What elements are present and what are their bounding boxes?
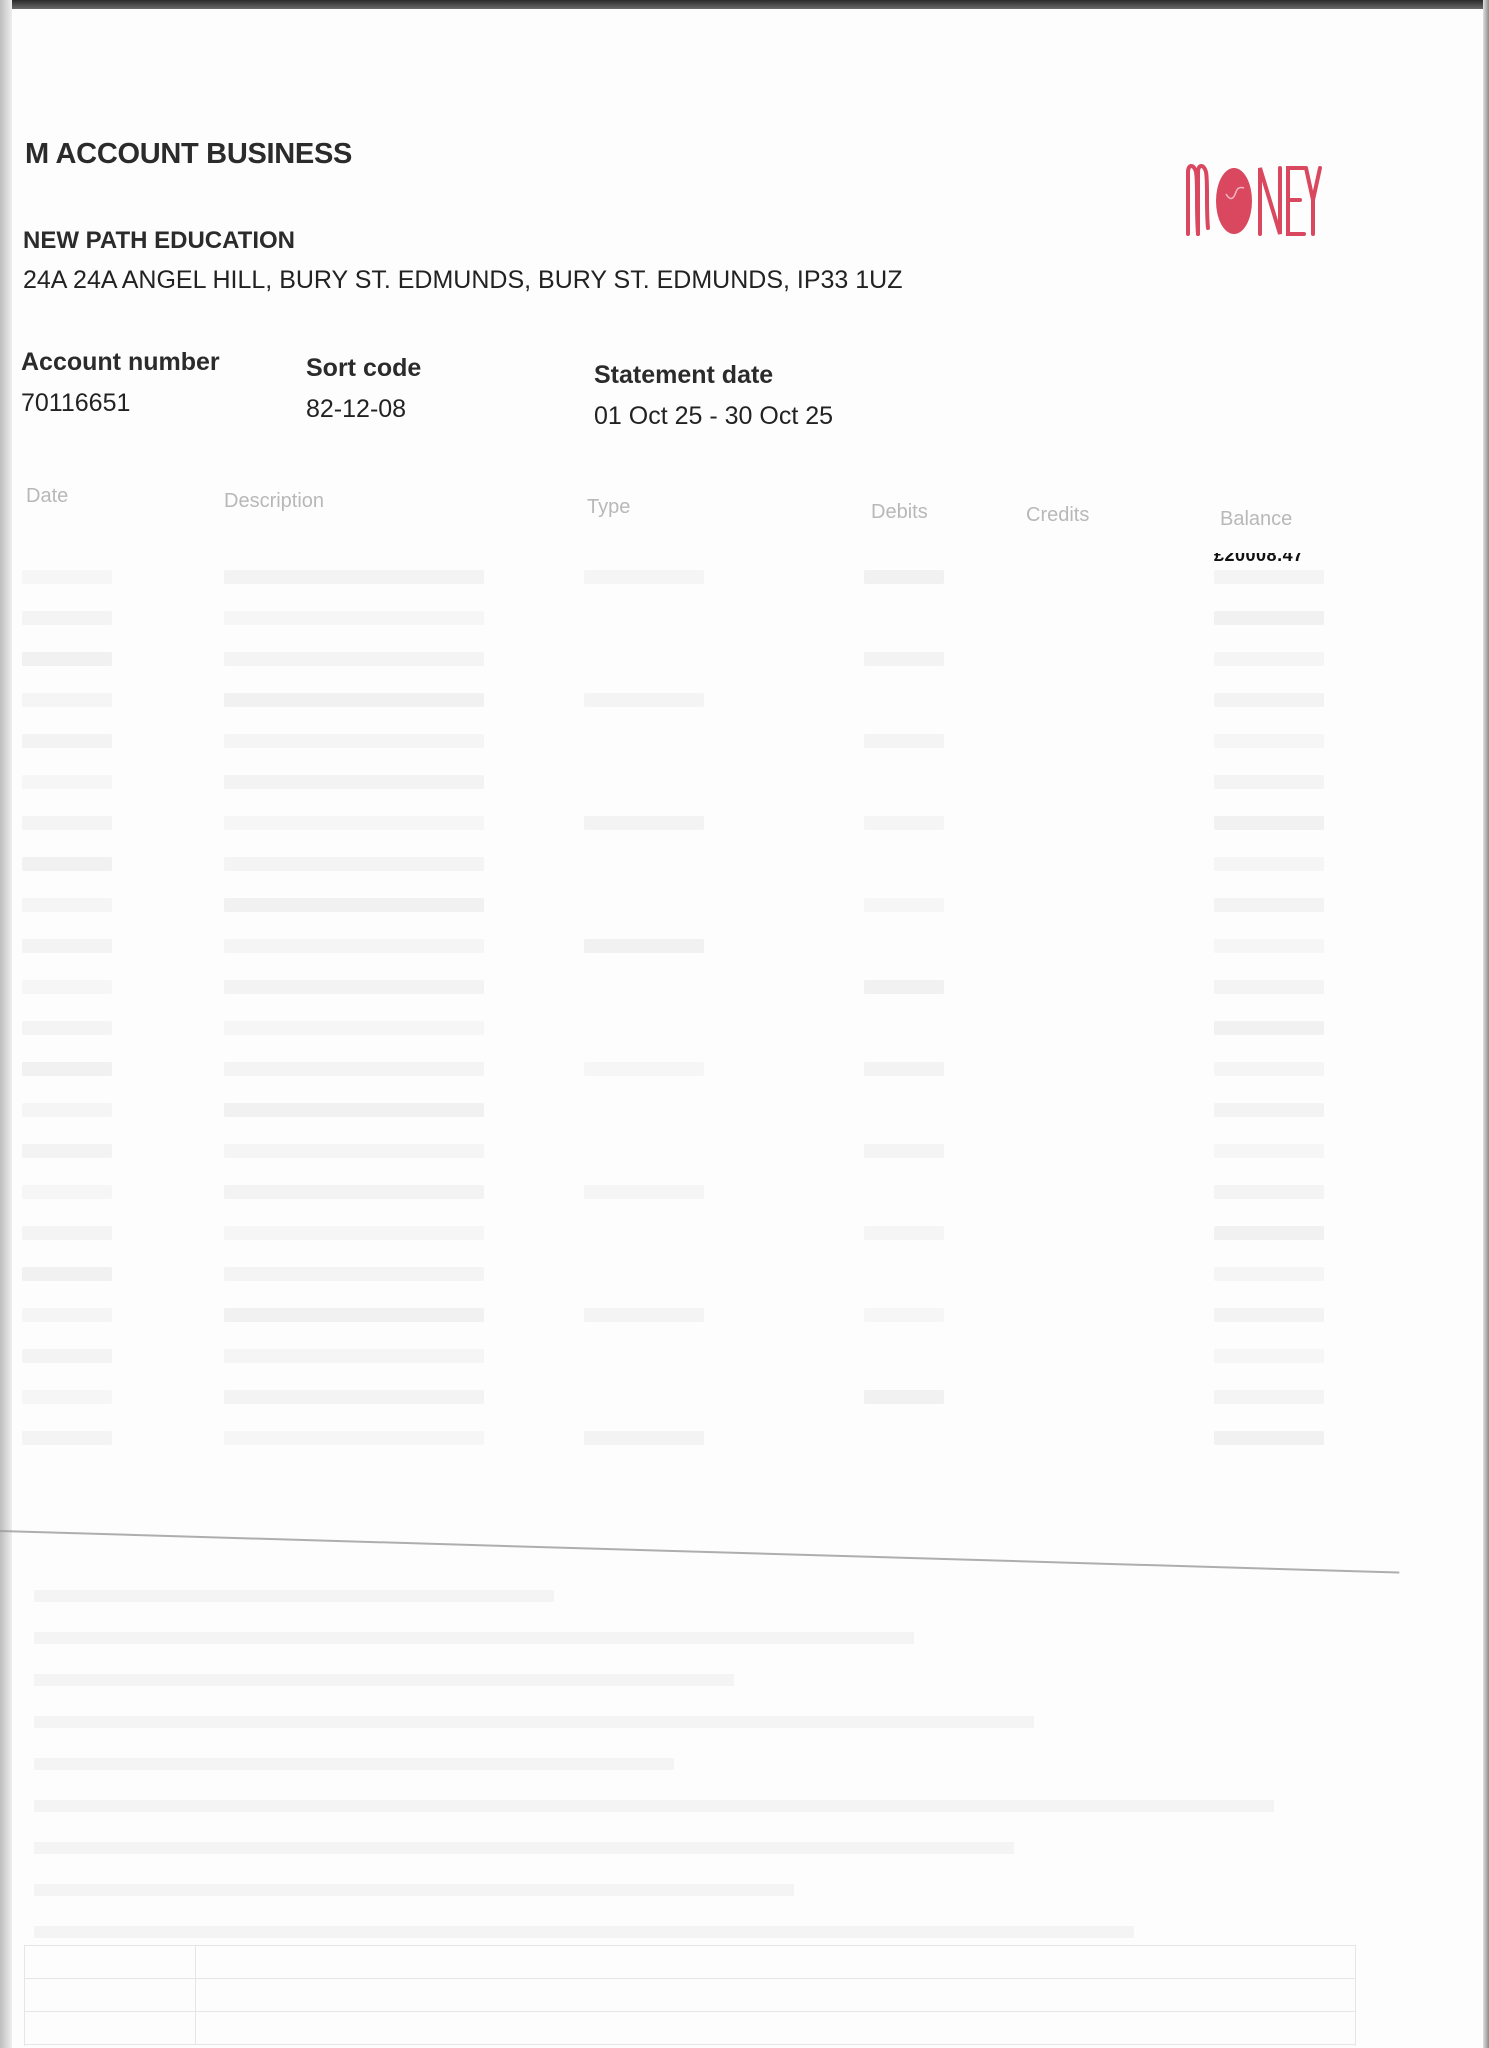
faded-cell [1214, 857, 1324, 871]
bank-statement-page: M ACCOUNT BUSINESS NEW PATH EDUCATION 24… [0, 0, 1489, 2048]
column-header-credits: Credits [1026, 504, 1089, 527]
faded-cell [864, 816, 944, 830]
faded-cell [584, 1062, 704, 1076]
faded-cell [1214, 1226, 1324, 1240]
faded-cell [224, 939, 484, 953]
table-row [14, 847, 1374, 888]
transactions-table-header: Date Description Type Debits Credits Bal… [0, 480, 1489, 540]
faded-cell [224, 1062, 484, 1076]
table-row [14, 1421, 1374, 1462]
faded-cell [224, 1267, 484, 1281]
faded-cell [22, 1226, 112, 1240]
faded-cell [584, 816, 704, 830]
table-row [14, 601, 1374, 642]
faded-cell [224, 693, 484, 707]
faded-cell [224, 611, 484, 625]
column-header-description: Description [224, 490, 324, 513]
faded-text-line [34, 1884, 794, 1896]
faded-cell [224, 1185, 484, 1199]
faded-cell [1214, 775, 1324, 789]
faded-cell [224, 1431, 484, 1445]
faded-cell [1214, 1390, 1324, 1404]
faded-cell [22, 939, 112, 953]
faded-text-line [34, 1926, 1134, 1938]
faded-text-line [34, 1758, 674, 1770]
account-number-label: Account number [21, 348, 220, 377]
faded-cell [1214, 1267, 1324, 1281]
transactions-table-body [14, 560, 1374, 1462]
table-row [14, 765, 1374, 806]
faded-cell [1214, 1185, 1324, 1199]
faded-cell [864, 1308, 944, 1322]
faded-info-row [25, 2012, 1355, 2045]
faded-cell [22, 1021, 112, 1035]
faded-cell [1214, 693, 1324, 707]
column-header-balance: Balance [1220, 508, 1292, 531]
faded-cell [1214, 1349, 1324, 1363]
faded-cell [224, 1021, 484, 1035]
account-holder-name: NEW PATH EDUCATION [23, 227, 295, 255]
table-row [14, 929, 1374, 970]
faded-cell [864, 652, 944, 666]
faded-cell [1214, 1431, 1324, 1445]
faded-cell [224, 1390, 484, 1404]
faded-cell [224, 775, 484, 789]
table-row [14, 1134, 1374, 1175]
table-row [14, 1380, 1374, 1421]
faded-cell [224, 1144, 484, 1158]
faded-cell [224, 1103, 484, 1117]
table-row [14, 1093, 1374, 1134]
faded-text-line [34, 1632, 914, 1644]
faded-cell [22, 611, 112, 625]
faded-cell [1214, 570, 1324, 584]
faded-cell [864, 734, 944, 748]
table-row [14, 724, 1374, 765]
faded-cell [1214, 1308, 1324, 1322]
account-number-block: Account number 70116651 [21, 348, 220, 418]
faded-cell [22, 1349, 112, 1363]
faded-cell [864, 570, 944, 584]
faded-cell [224, 734, 484, 748]
faded-info-row [25, 1946, 1355, 1979]
faded-cell [224, 857, 484, 871]
faded-text-line [34, 1842, 1014, 1854]
faded-cell [1214, 816, 1324, 830]
column-header-debits: Debits [871, 501, 928, 524]
faded-cell [22, 1390, 112, 1404]
faded-cell [224, 980, 484, 994]
faded-cell [864, 1144, 944, 1158]
account-holder-address: 24A 24A ANGEL HILL, BURY ST. EDMUNDS, BU… [23, 266, 903, 295]
faded-cell [1214, 652, 1324, 666]
faded-cell [864, 1062, 944, 1076]
faded-cell [864, 980, 944, 994]
faded-cell [22, 1062, 112, 1076]
faded-cell [584, 1431, 704, 1445]
faded-cell [1214, 898, 1324, 912]
statement-date-block: Statement date 01 Oct 25 - 30 Oct 25 [594, 361, 833, 431]
faded-cell [224, 652, 484, 666]
faded-cell [22, 1308, 112, 1322]
faded-cell [22, 693, 112, 707]
faded-text-line [34, 1674, 734, 1686]
faded-cell [1214, 980, 1324, 994]
account-number-value: 70116651 [21, 389, 220, 418]
sort-code-block: Sort code 82-12-08 [306, 354, 421, 424]
faded-cell [22, 1267, 112, 1281]
faded-info-table [24, 1945, 1356, 2046]
faded-cell [224, 898, 484, 912]
faded-cell [224, 1226, 484, 1240]
faded-cell [584, 1185, 704, 1199]
faded-cell [584, 939, 704, 953]
table-row [14, 683, 1374, 724]
table-row [14, 1011, 1374, 1052]
faded-cell [22, 652, 112, 666]
table-row [14, 1298, 1374, 1339]
faded-cell [22, 816, 112, 830]
table-row [14, 888, 1374, 929]
faded-cell [1214, 1144, 1324, 1158]
table-row [14, 970, 1374, 1011]
faded-text-line [34, 1716, 1034, 1728]
faded-cell [1214, 1021, 1324, 1035]
table-row [14, 1339, 1374, 1380]
table-row [14, 1216, 1374, 1257]
faded-cell [224, 1308, 484, 1322]
table-row [14, 560, 1374, 601]
column-header-type: Type [587, 496, 630, 519]
faded-cell [22, 857, 112, 871]
faded-cell [22, 775, 112, 789]
faded-cell [22, 1431, 112, 1445]
statement-date-label: Statement date [594, 361, 833, 390]
table-row [14, 1257, 1374, 1298]
faded-cell [224, 570, 484, 584]
faded-cell [22, 570, 112, 584]
faded-cell [22, 1103, 112, 1117]
faded-cell [1214, 939, 1324, 953]
faded-cell [864, 1226, 944, 1240]
faded-text-line [34, 1800, 1274, 1812]
table-row [14, 642, 1374, 683]
faded-cell [1214, 734, 1324, 748]
faded-cell [584, 570, 704, 584]
faded-cell [22, 1144, 112, 1158]
sort-code-value: 82-12-08 [306, 395, 421, 424]
faded-cell [864, 898, 944, 912]
faded-cell [22, 734, 112, 748]
virgin-money-logo-icon [1182, 158, 1322, 240]
table-row [14, 1052, 1374, 1093]
statement-date-value: 01 Oct 25 - 30 Oct 25 [594, 402, 833, 431]
faded-cell [22, 1185, 112, 1199]
faded-cell [224, 816, 484, 830]
faded-cell [864, 1390, 944, 1404]
faded-info-row [25, 1979, 1355, 2012]
faded-text-line [34, 1590, 554, 1602]
faded-cell [1214, 611, 1324, 625]
faded-cell [1214, 1062, 1324, 1076]
faded-cell [1214, 1103, 1324, 1117]
faded-cell [224, 1349, 484, 1363]
sort-code-label: Sort code [306, 354, 421, 383]
table-row [14, 806, 1374, 847]
faded-cell [22, 898, 112, 912]
column-header-date: Date [26, 485, 68, 508]
table-row [14, 1175, 1374, 1216]
product-title: M ACCOUNT BUSINESS [25, 138, 352, 171]
faded-cell [584, 1308, 704, 1322]
faded-cell [22, 980, 112, 994]
faded-cell [584, 693, 704, 707]
